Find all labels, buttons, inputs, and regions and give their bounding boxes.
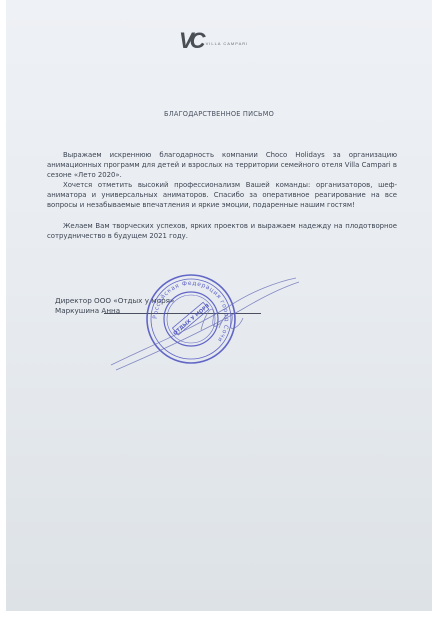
paragraph-wishes: Желаем Вам творческих успехов, ярких про…	[47, 221, 397, 241]
paragraph-gratitude: Выражаем искреннюю благодарность компани…	[47, 150, 397, 180]
paragraph-professionalism: Хочется отметить высокий профессионализм…	[47, 180, 397, 210]
logo-text: VILLA CAMPARI	[206, 41, 249, 46]
logo-mark: VC	[179, 30, 202, 52]
villa-campari-logo: VC VILLA CAMPARI	[179, 30, 248, 52]
letter-page: VC VILLA CAMPARI БЛАГОДАРСТВЕННОЕ ПИСЬМО…	[6, 0, 432, 611]
handwritten-signature-icon	[101, 270, 301, 380]
letter-title: БЛАГОДАРСТВЕННОЕ ПИСЬМО	[6, 110, 432, 118]
